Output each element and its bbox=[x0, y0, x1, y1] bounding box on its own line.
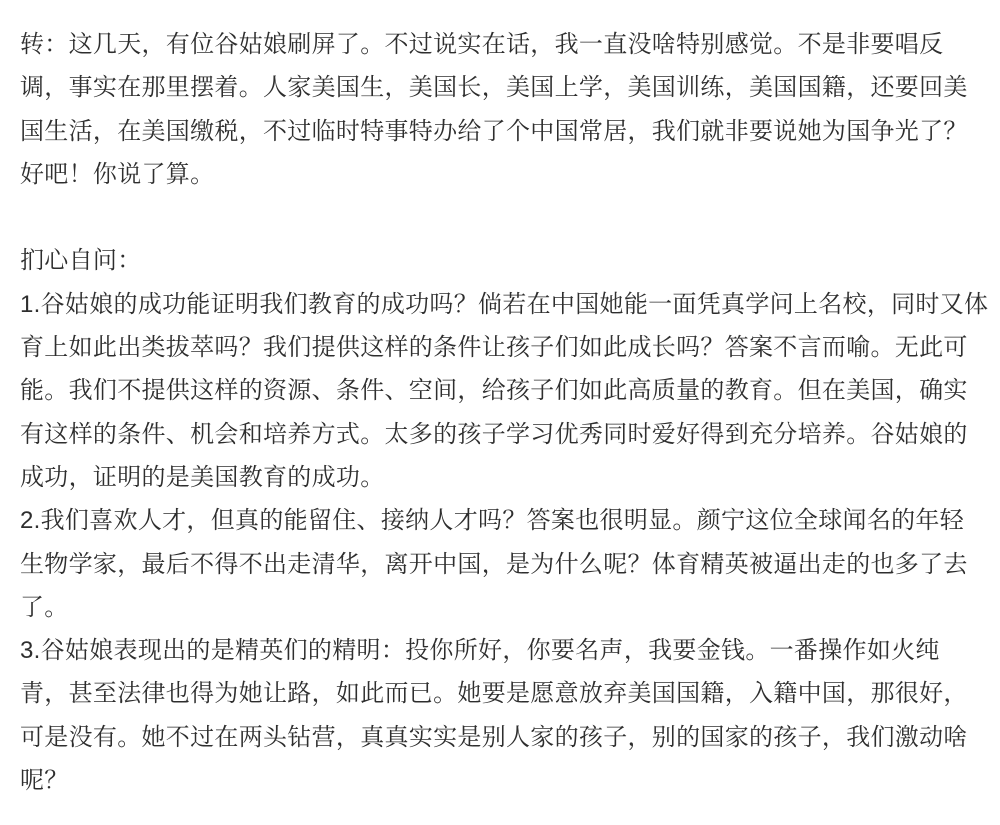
text-line: 3.谷姑娘表现出的是精英们的精明：投你所好，你要名声，我要金钱。一番操作如火纯 bbox=[20, 629, 982, 672]
text-line: 生物学家，最后不得不出走清华，离开中国，是为什么呢？体育精英被逼出走的也多了去 bbox=[20, 543, 982, 586]
paragraph: 转：这几天，有位谷姑娘刷屏了。不过说实在话，我一直没啥特别感觉。不是非要唱反调，… bbox=[20, 23, 982, 196]
text-line: 可是没有。她不过在两头钻营，真真实实是别人家的孩子，别的国家的孩子，我们激动啥 bbox=[20, 716, 982, 759]
paragraph: 1.谷姑娘的成功能证明我们教育的成功吗？倘若在中国她能一面凭真学问上名校，同时又… bbox=[20, 283, 982, 499]
text-line: 1.谷姑娘的成功能证明我们教育的成功吗？倘若在中国她能一面凭真学问上名校，同时又… bbox=[20, 283, 982, 326]
text-line: 了。 bbox=[20, 586, 982, 629]
text-line: 能。我们不提供这样的资源、条件、空间，给孩子们如此高质量的教育。但在美国，确实 bbox=[20, 369, 982, 412]
paragraph: 2.我们喜欢人才，但真的能留住、接纳人才吗？答案也很明显。颜宁这位全球闻名的年轻… bbox=[20, 499, 982, 629]
document-body: 转：这几天，有位谷姑娘刷屏了。不过说实在话，我一直没啥特别感觉。不是非要唱反调，… bbox=[20, 23, 982, 802]
text-line: 国生活，在美国缴税，不过临时特事特办给了个中国常居，我们就非要说她为国争光了？ bbox=[20, 110, 982, 153]
text-line: 转：这几天，有位谷姑娘刷屏了。不过说实在话，我一直没啥特别感觉。不是非要唱反 bbox=[20, 23, 982, 66]
text-line: 好吧！你说了算。 bbox=[20, 153, 982, 196]
text-line: 有这样的条件、机会和培养方式。太多的孩子学习优秀同时爱好得到充分培养。谷姑娘的 bbox=[20, 413, 982, 456]
text-line: 成功，证明的是美国教育的成功。 bbox=[20, 456, 982, 499]
paragraph: 扪心自问： bbox=[20, 239, 982, 282]
text-line: 扪心自问： bbox=[20, 239, 982, 282]
page: 转：这几天，有位谷姑娘刷屏了。不过说实在话，我一直没啥特别感觉。不是非要唱反调，… bbox=[0, 0, 1000, 825]
text-line: 育上如此出类拔萃吗？我们提供这样的条件让孩子们如此成长吗？答案不言而喻。无此可 bbox=[20, 326, 982, 369]
paragraph: 3.谷姑娘表现出的是精英们的精明：投你所好，你要名声，我要金钱。一番操作如火纯青… bbox=[20, 629, 982, 802]
text-line: 2.我们喜欢人才，但真的能留住、接纳人才吗？答案也很明显。颜宁这位全球闻名的年轻 bbox=[20, 499, 982, 542]
text-line: 呢？ bbox=[20, 759, 982, 802]
text-line: 青，甚至法律也得为她让路，如此而已。她要是愿意放弃美国国籍，入籍中国，那很好， bbox=[20, 672, 982, 715]
text-line: 调，事实在那里摆着。人家美国生，美国长，美国上学，美国训练，美国国籍，还要回美 bbox=[20, 66, 982, 109]
